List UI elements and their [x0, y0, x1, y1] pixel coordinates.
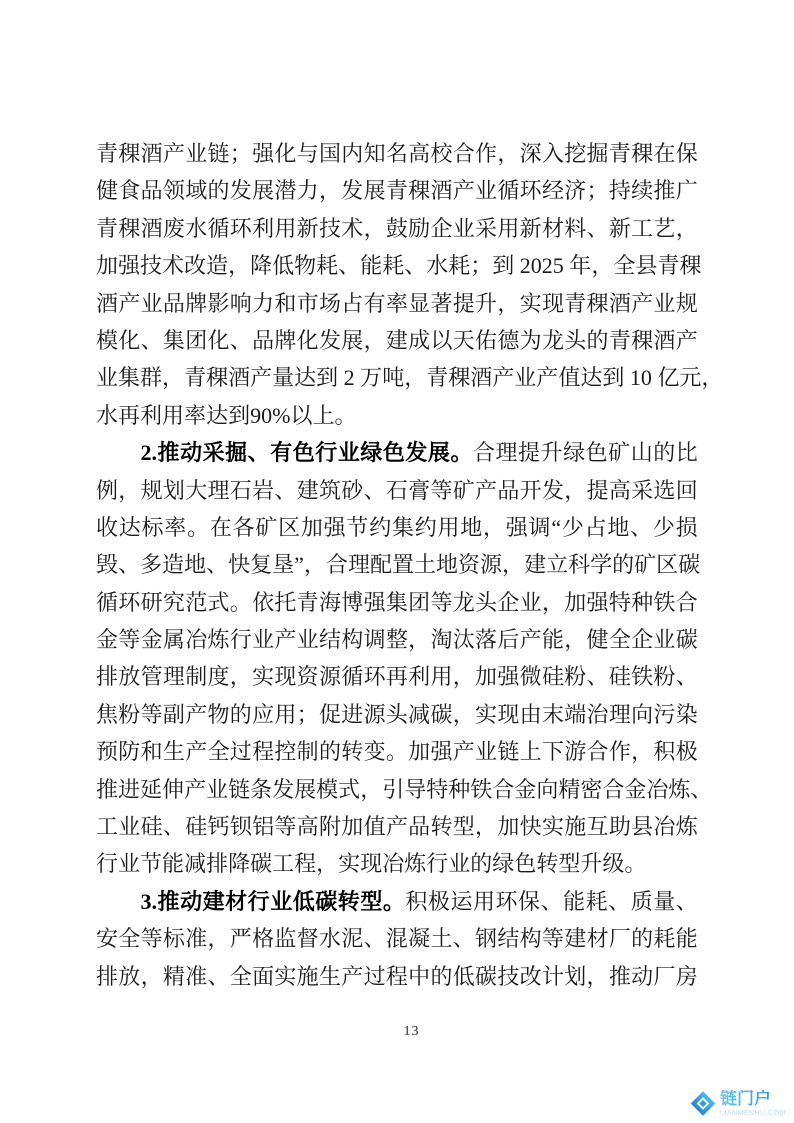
text-line: 例，规划大理石岩、建筑砂、石膏等矿产品开发，提高采选回 [96, 472, 698, 509]
logo-title: 链门户 [720, 1090, 786, 1108]
text-line: 加强技术改造，降低物耗、能耗、水耗；到 2025 年，全县青稞 [96, 247, 698, 284]
first-line-indent [96, 883, 140, 920]
text-line: 业集群，青稞酒产量达到 2 万吨，青稞酒产业产值达到 10 亿元， [96, 359, 698, 396]
text-line: 收达标率。在各矿区加强节约集约用地，强调“少占地、少损 [96, 509, 698, 546]
text-line: 酒产业品牌影响力和市场占有率显著提升，实现青稞酒产业规 [96, 285, 698, 322]
text-line: 毁、多造地、快复垦”，合理配置土地资源，建立科学的矿区碳 [96, 546, 698, 583]
text-line: 工业硅、硅钙钡铝等高附加值产品转型，加快实施互助县冶炼 [96, 808, 698, 845]
text-line: 推进延伸产业链条发展模式，引导特种铁合金向精密合金冶炼、 [96, 771, 698, 808]
logo-domain: LIANMENHU.COM [720, 1110, 786, 1117]
page-number: 13 [0, 1024, 794, 1040]
text-line: 安全等标准，严格监督水泥、混凝土、钢结构等建材厂的耗能 [96, 920, 698, 957]
text-line: 青稞酒产业链；强化与国内知名高校合作，深入挖掘青稞在保 [96, 135, 698, 172]
text-line: 2.推动采掘、有色行业绿色发展。合理提升绿色矿山的比 [96, 434, 698, 471]
text-line: 排放管理制度，实现资源循环再利用，加强微硅粉、硅铁粉、 [96, 658, 698, 695]
text-line: 模化、集团化、品牌化发展，建成以天佑德为龙头的青稞酒产 [96, 322, 698, 359]
document-page: 青稞酒产业链；强化与国内知名高校合作，深入挖掘青稞在保健食品领域的发展潜力，发展… [0, 0, 794, 1123]
text-line: 健食品领域的发展潜力，发展青稞酒产业循环经济；持续推广 [96, 172, 698, 209]
text-line: 行业节能减排降碳工程，实现冶炼行业的绿色转型升级。 [96, 845, 698, 882]
first-line-indent [96, 434, 140, 471]
text-line: 青稞酒废水循环利用新技术，鼓励企业采用新材料、新工艺， [96, 210, 698, 247]
text-line: 循环研究范式。依托青海博强集团等龙头企业，加强特种铁合 [96, 584, 698, 621]
lianmenhu-logo[interactable]: 链门户 LIANMENHU.COM [691, 1090, 786, 1117]
text-line: 3.推动建材行业低碳转型。积极运用环保、能耗、质量、 [96, 883, 698, 920]
paragraph: 青稞酒产业链；强化与国内知名高校合作，深入挖掘青稞在保健食品领域的发展潜力，发展… [96, 135, 698, 434]
text-line: 金等金属冶炼行业产业结构调整，淘汰落后产能，健全企业碳 [96, 621, 698, 658]
logo-text-block: 链门户 LIANMENHU.COM [720, 1090, 786, 1117]
paragraph: 2.推动采掘、有色行业绿色发展。合理提升绿色矿山的比例，规划大理石岩、建筑砂、石… [96, 434, 698, 883]
diamond-logo-icon [691, 1090, 715, 1117]
paragraph: 3.推动建材行业低碳转型。积极运用环保、能耗、质量、安全等标准，严格监督水泥、混… [96, 883, 698, 995]
document-body: 青稞酒产业链；强化与国内知名高校合作，深入挖掘青稞在保健食品领域的发展潜力，发展… [96, 135, 698, 995]
text-line: 焦粉等副产物的应用；促进源头减碳，实现由末端治理向污染 [96, 696, 698, 733]
text-line: 预防和生产全过程控制的转变。加强产业链上下游合作，积极 [96, 733, 698, 770]
text-line: 水再利用率达到90%以上。 [96, 397, 698, 434]
text-line: 排放，精准、全面实施生产过程中的低碳技改计划，推动厂房 [96, 958, 698, 995]
